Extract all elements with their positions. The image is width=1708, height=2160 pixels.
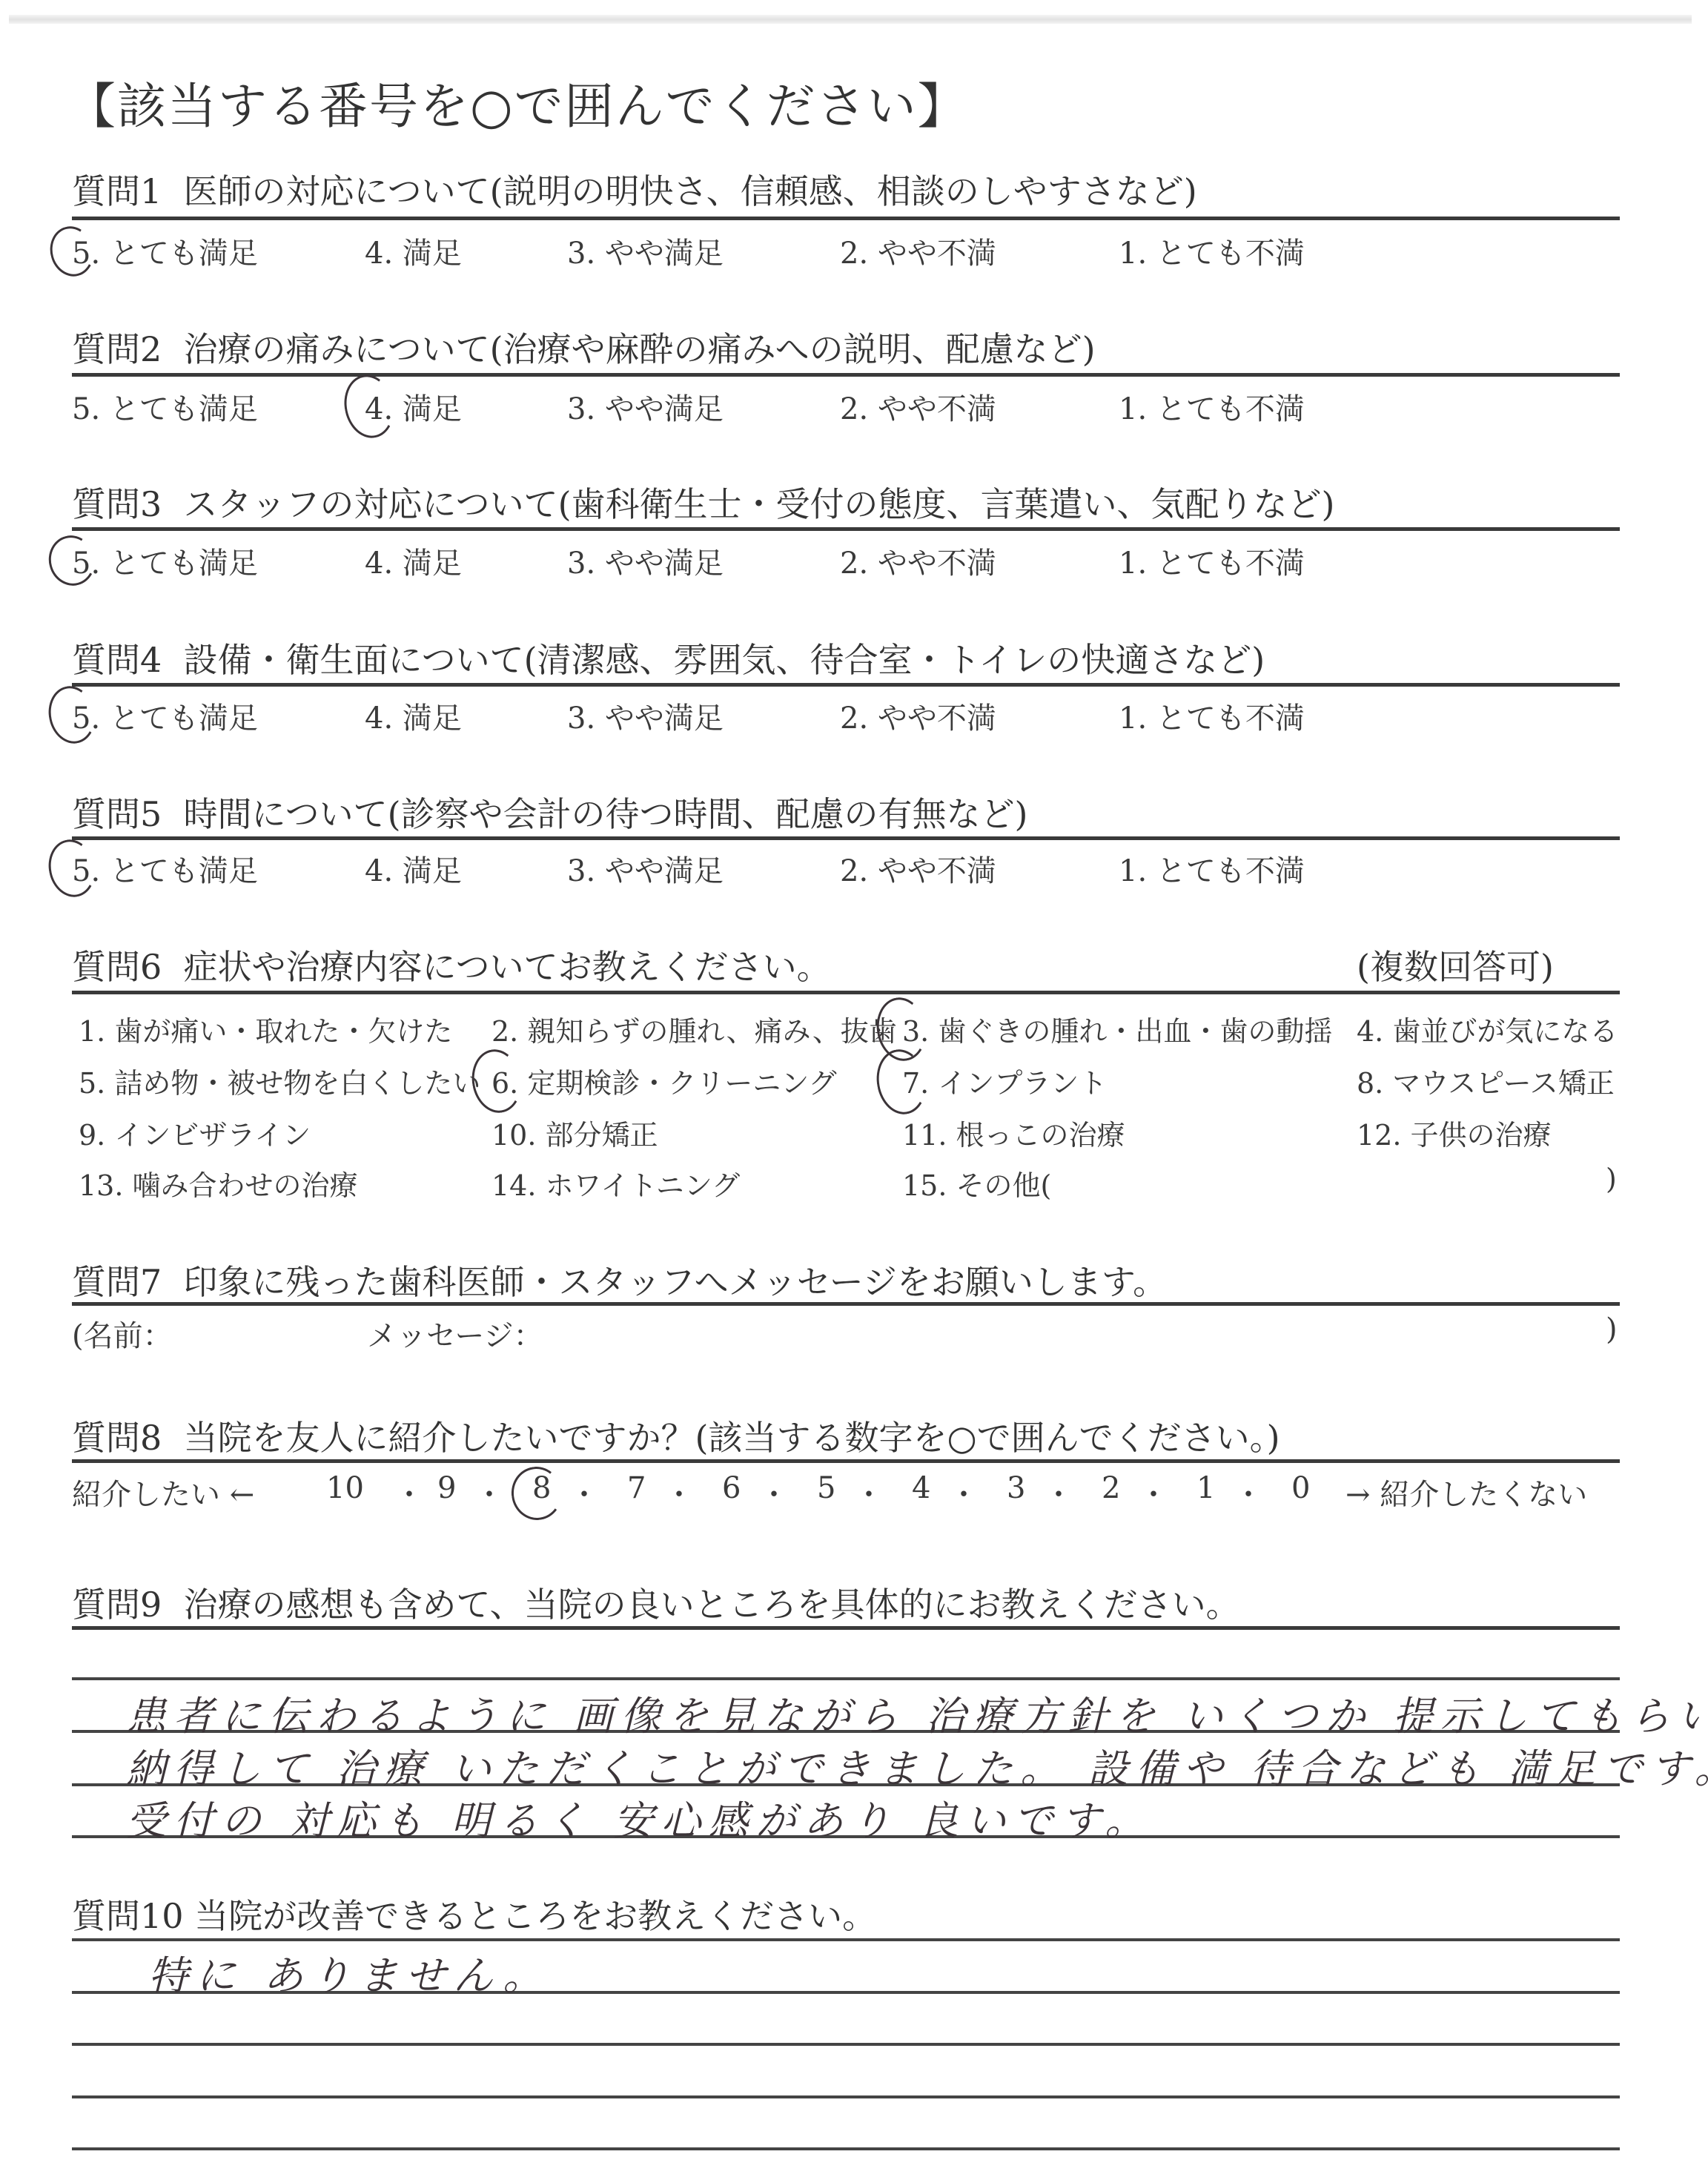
question-number: 質問2 (72, 329, 162, 369)
option-2[interactable]: 2. やや不満 (840, 695, 996, 737)
scan-top-edge (9, 15, 1692, 24)
divider (72, 683, 1620, 687)
scale-2[interactable]: 2 (1102, 1471, 1120, 1505)
hand-circle-mark (44, 835, 101, 901)
symptom-option-12[interactable]: 12. 子供の治療 (1357, 1112, 1552, 1153)
question-text: 当院が改善できるところをお教えください。 (194, 1896, 876, 1936)
hand-circle-mark (872, 1046, 931, 1118)
divider (72, 527, 1620, 531)
divider (72, 1302, 1620, 1306)
question-title: 質問5 時間について(診察や会計の待つ時間、配慮の有無など) (72, 787, 1028, 836)
option-5[interactable]: 5. とても満足 (72, 848, 258, 890)
hand-circle-mark (508, 1464, 565, 1524)
answer-line (72, 1938, 1620, 1941)
multiple-answer-note: (複数回答可) (1357, 940, 1554, 989)
symptom-option-2[interactable]: 2. 親知らずの腫れ、痛み、抜歯 (491, 1008, 897, 1049)
divider (72, 1626, 1620, 1630)
question-title: 質問2 治療の痛みについて(治療や麻酔の痛みへの説明、配慮など) (72, 323, 1096, 371)
option-4[interactable]: 4. 満足 (365, 695, 462, 737)
question-text: 当院を友人に紹介したいですか？(該当する数字を○で囲んでください。) (184, 1418, 1280, 1458)
option-3[interactable]: 3. やや満足 (567, 230, 724, 272)
option-5[interactable]: 5. とても満足 (72, 695, 258, 737)
scale-1[interactable]: 1 (1196, 1471, 1215, 1505)
question-text: 症状や治療内容についてお教えください。 (184, 947, 831, 987)
option-2[interactable]: 2. やや不満 (840, 230, 996, 272)
option-2[interactable]: 2. やや不満 (840, 848, 996, 890)
option-5[interactable]: 5. とても満足 (72, 230, 258, 272)
question-text: 治療の感想も含めて、当院の良いところを具体的にお教えください。 (184, 1585, 1240, 1625)
symptom-option-10[interactable]: 10. 部分矯正 (491, 1112, 658, 1153)
scale-0[interactable]: 0 (1291, 1471, 1310, 1505)
question-text: 時間について(診察や会計の待つ時間、配慮の有無など) (184, 794, 1028, 834)
symptom-option-5[interactable]: 5. 詰め物・被せ物を白くしたい (79, 1060, 480, 1101)
scale-sep: ・ (569, 1471, 599, 1513)
symptom-option-11[interactable]: 11. 根っこの治療 (902, 1112, 1125, 1153)
question-number: 質問8 (72, 1418, 162, 1458)
name-field[interactable] (222, 1312, 341, 1347)
question-number: 質問7 (72, 1262, 162, 1302)
scale-7[interactable]: 7 (627, 1471, 646, 1505)
recommend-left-label: 紹介したい ← (72, 1471, 254, 1513)
divider (72, 836, 1620, 840)
option-2[interactable]: 2. やや不満 (840, 386, 996, 428)
question-number: 質問5 (72, 794, 162, 834)
scale-sep: ・ (949, 1471, 979, 1513)
symptom-option-15-other[interactable]: 15. その他( (902, 1163, 1051, 1203)
answer-line (72, 2043, 1620, 2046)
scale-9[interactable]: 9 (437, 1471, 456, 1505)
symptom-option-14[interactable]: 14. ホワイトニング (491, 1163, 740, 1203)
symptom-option-8[interactable]: 8. マウスピース矯正 (1357, 1060, 1615, 1101)
answer-text-line[interactable]: 納得して 治療 いただくことができました。 設備や 待合なども 満足です。 (126, 1737, 1708, 1794)
option-5[interactable]: 5. とても満足 (72, 386, 258, 428)
hand-circle-mark (44, 681, 101, 747)
close-paren: ) (1606, 1312, 1618, 1347)
option-3[interactable]: 3. やや満足 (567, 386, 724, 428)
symptom-option-9[interactable]: 9. インビザライン (79, 1112, 311, 1153)
question-title: 質問7 印象に残った歯科医師・スタッフへメッセージをお願いします。 (72, 1255, 1167, 1304)
answer-line (72, 1677, 1620, 1680)
question-text: スタッフの対応について(歯科衛生士・受付の態度、言葉遣い、気配りなど) (184, 484, 1335, 524)
option-1[interactable]: 1. とても不満 (1119, 540, 1305, 582)
question-title: 質問3 スタッフの対応について(歯科衛生士・受付の態度、言葉遣い、気配りなど) (72, 478, 1335, 526)
option-4[interactable]: 4. 満足 (365, 848, 462, 890)
scale-6[interactable]: 6 (722, 1471, 741, 1505)
divider (72, 217, 1620, 220)
scale-sep: ・ (394, 1471, 424, 1513)
option-4[interactable]: 4. 満足 (365, 230, 462, 272)
option-2[interactable]: 2. やや不満 (840, 540, 996, 582)
scale-sep: ・ (664, 1471, 694, 1513)
question-title: 質問8 当院を友人に紹介したいですか？(該当する数字を○で囲んでください。) (72, 1411, 1280, 1460)
answer-text-line[interactable]: 受付の 対応も 明るく 安心感があり 良いです。 (126, 1789, 1152, 1846)
scale-sep: ・ (1234, 1471, 1263, 1513)
question-number: 質問9 (72, 1585, 162, 1625)
answer-line (72, 2147, 1620, 2150)
page-title: 【該当する番号を○で囲んでください】 (67, 67, 968, 137)
answer-text-line[interactable]: 患者に伝わるように 画像を見ながら 治療方針を いくつか 提示してもらい、 (126, 1685, 1708, 1742)
option-1[interactable]: 1. とても不満 (1119, 386, 1305, 428)
scale-sep: ・ (854, 1471, 884, 1513)
scale-10[interactable]: 10 (326, 1471, 364, 1505)
symptom-option-6[interactable]: 6. 定期検診・クリーニング (491, 1060, 837, 1101)
option-3[interactable]: 3. やや満足 (567, 695, 724, 737)
scale-5[interactable]: 5 (817, 1471, 835, 1505)
scale-sep: ・ (759, 1471, 789, 1513)
divider (72, 991, 1620, 994)
question-title: 質問4 設備・衛生面について(清潔感、雰囲気、待合室・トイレの快適さなど) (72, 633, 1265, 682)
question-text: 印象に残った歯科医師・スタッフへメッセージをお願いします。 (184, 1262, 1168, 1302)
question-text: 医師の対応について(説明の明快さ、信頼感、相談のしやすさなど) (184, 171, 1197, 211)
symptom-option-13[interactable]: 13. 噛み合わせの治療 (79, 1163, 358, 1203)
message-label: メッセージ： (367, 1312, 543, 1355)
symptom-option-3[interactable]: 3. 歯ぐきの腫れ・出血・歯の動揺 (902, 1008, 1332, 1049)
scale-sep: ・ (1139, 1471, 1168, 1513)
name-label: (名前： (72, 1312, 173, 1355)
hand-circle-mark (339, 370, 400, 443)
question-title: 質問6 症状や治療内容についてお教えください。 (72, 940, 831, 989)
option-1[interactable]: 1. とても不満 (1119, 848, 1305, 890)
answer-line (72, 2095, 1620, 2098)
question-number: 質問10 (72, 1896, 184, 1936)
scale-4[interactable]: 4 (912, 1471, 930, 1505)
scale-sep: ・ (1044, 1471, 1073, 1513)
option-3[interactable]: 3. やや満足 (567, 540, 724, 582)
other-close-paren: ) (1606, 1163, 1617, 1195)
hand-circle-mark (467, 1046, 526, 1117)
scale-sep: ・ (474, 1471, 504, 1513)
option-4[interactable]: 4. 満足 (365, 540, 462, 582)
option-3[interactable]: 3. やや満足 (567, 848, 724, 890)
answer-text-line[interactable]: 特に ありません。 (148, 1944, 550, 2001)
option-5[interactable]: 5. とても満足 (72, 540, 258, 582)
question-text: 設備・衛生面について(清潔感、雰囲気、待合室・トイレの快適さなど) (184, 640, 1265, 680)
option-1[interactable]: 1. とても不満 (1119, 230, 1305, 272)
question-title: 質問9 治療の感想も含めて、当院の良いところを具体的にお教えください。 (72, 1578, 1240, 1627)
scale-3[interactable]: 3 (1007, 1471, 1025, 1505)
symptom-option-1[interactable]: 1. 歯が痛い・取れた・欠けた (79, 1008, 452, 1049)
question-number: 質問6 (72, 947, 162, 987)
question-number: 質問1 (72, 171, 162, 211)
question-number: 質問4 (72, 640, 162, 680)
recommend-right-label: → 紹介したくない (1345, 1471, 1587, 1513)
question-title: 質問10 当院が改善できるところをお教えください。 (72, 1889, 876, 1938)
symptom-option-4[interactable]: 4. 歯並びが気になる (1357, 1008, 1618, 1049)
question-number: 質問3 (72, 484, 162, 524)
message-field[interactable] (549, 1312, 1586, 1347)
symptom-option-7[interactable]: 7. インプラント (902, 1060, 1107, 1101)
question-title: 質問1 医師の対応について(説明の明快さ、信頼感、相談のしやすさなど) (72, 165, 1197, 214)
divider (72, 373, 1620, 377)
option-1[interactable]: 1. とても不満 (1119, 695, 1305, 737)
question-text: 治療の痛みについて(治療や麻酔の痛みへの説明、配慮など) (184, 329, 1096, 369)
divider (72, 1459, 1620, 1463)
